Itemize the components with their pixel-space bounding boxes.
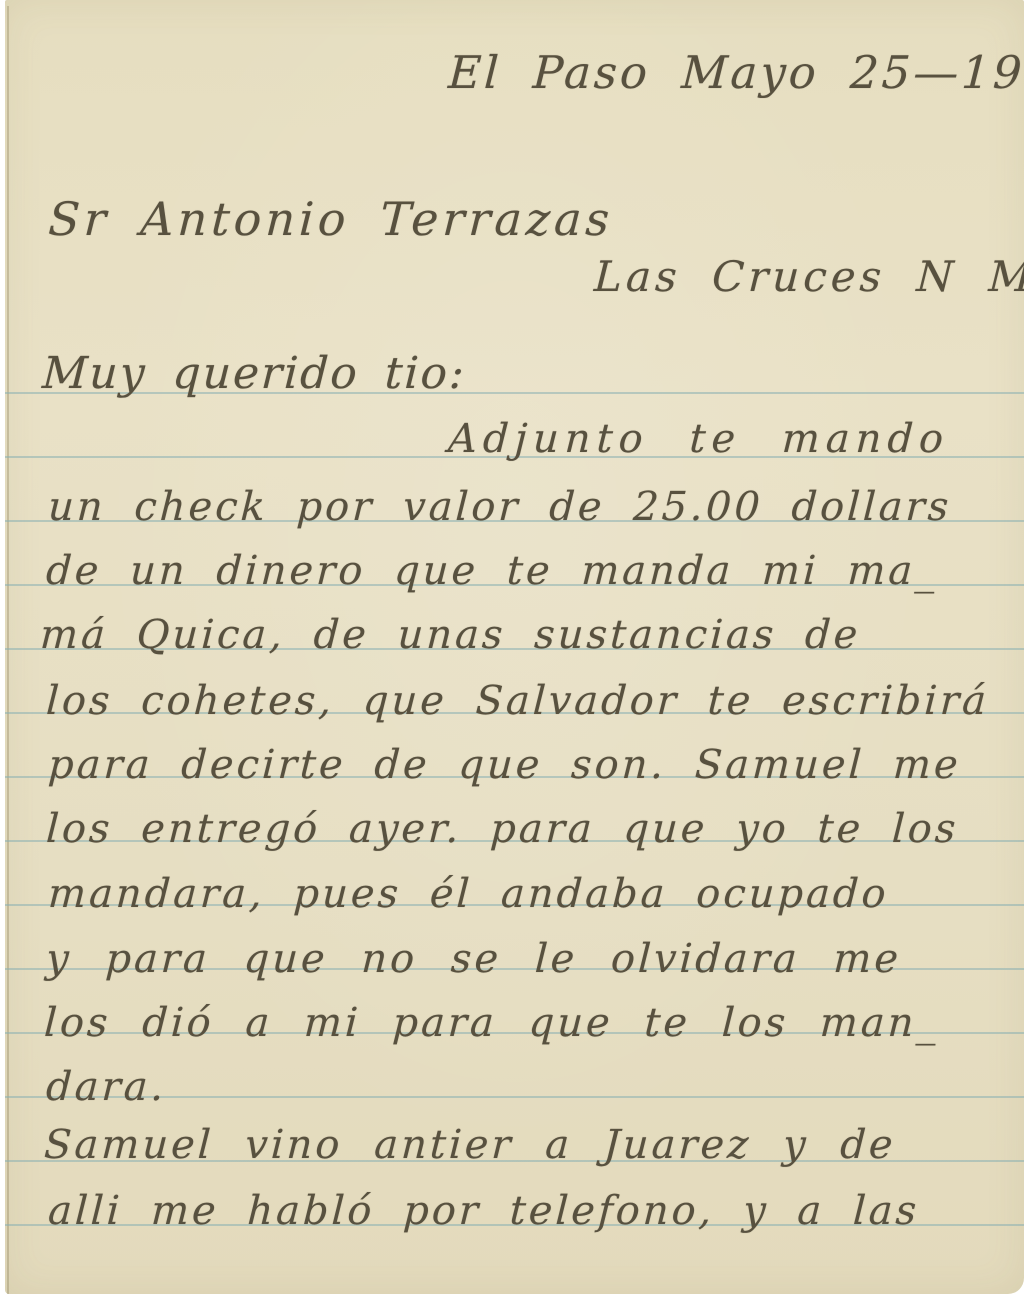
letter-line: Adjunto te mando xyxy=(447,416,950,462)
recipient-place: Las Cruces N M. xyxy=(593,252,1024,301)
letter-line: Samuel vino antier a Juarez y de xyxy=(43,1122,897,1168)
letter-line: mandara, pues él andaba ocupado xyxy=(47,871,890,917)
letter-line: dara. xyxy=(45,1064,168,1110)
letter-line: los cohetes, que Salvador te escribirá xyxy=(45,678,990,724)
letter-line: los dió a mi para que te los man_ xyxy=(43,1000,941,1046)
salutation: Muy querido tio: xyxy=(41,348,467,399)
letter-line: má Quica, de unas sustancias de xyxy=(39,612,862,658)
letter-line: un check por valor de 25.00 dollars xyxy=(47,484,953,530)
letter-paper: El Paso Mayo 25—1917 Sr Antonio Terrazas… xyxy=(5,0,1024,1294)
letter-line: los entregó ayer. para que yo te los xyxy=(45,806,960,852)
letter-line: alli me habló por telefono, y a las xyxy=(47,1188,920,1234)
letter-line: y para que no se le olvidara me xyxy=(45,936,902,982)
dateline: El Paso Mayo 25—1917 xyxy=(447,46,1024,99)
letter-line: para decirte de que son. Samuel me xyxy=(47,742,962,788)
letter-line: de un dinero que te manda mi ma_ xyxy=(45,548,940,594)
recipient-name: Sr Antonio Terrazas xyxy=(47,192,615,246)
